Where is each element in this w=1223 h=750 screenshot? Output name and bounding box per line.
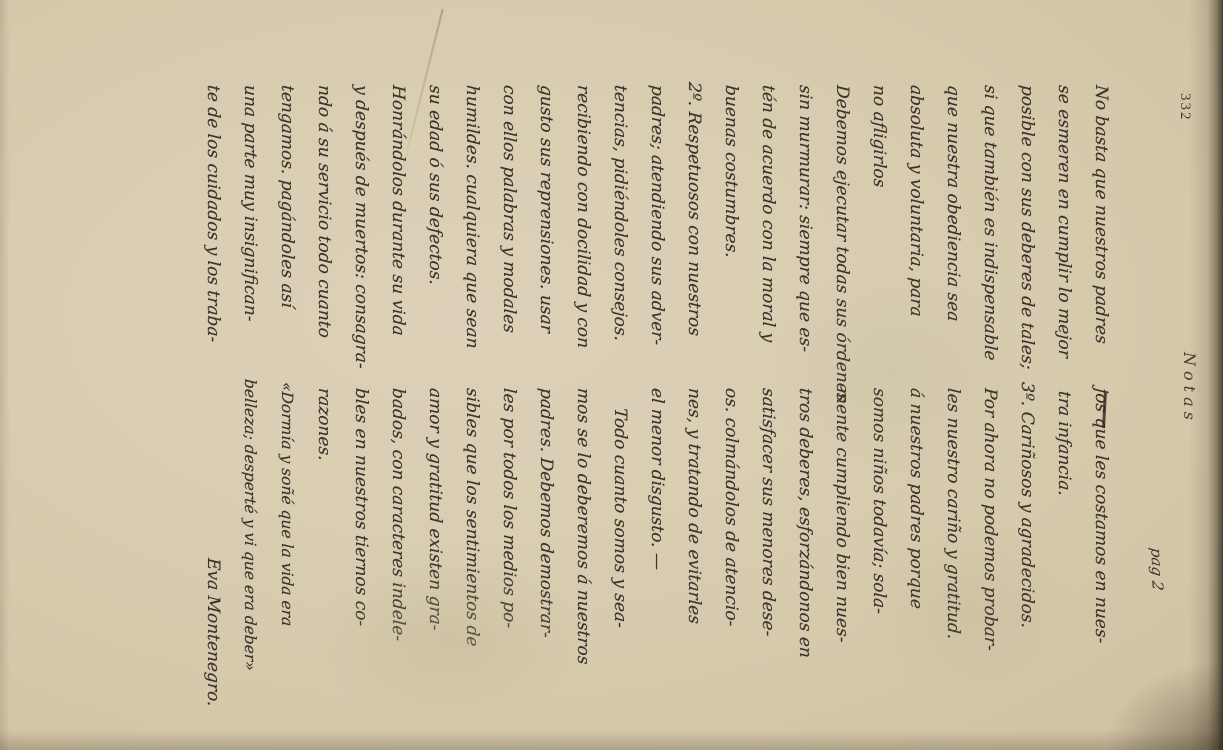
rotated-page-content: 332 Notas pag 2 No basta que nuestros pa… (0, 0, 1223, 750)
handwritten-line: mos se lo deberemos á nuestros (564, 387, 601, 749)
handwritten-line: amor y gratitud existen gra- (416, 387, 453, 749)
handwritten-line: tros deberes, esforzándonos en (786, 387, 823, 749)
handwritten-line: 2º. Respetuosos con nuestros (675, 81, 712, 382)
handwritten-line: tencias, pidiéndoles consejos. (601, 84, 638, 382)
handwritten-line: no afligirlos (860, 84, 897, 382)
handwritten-line: padres. Debemos demostrar- (527, 387, 564, 749)
handwritten-line: á nuestros padres porque (897, 387, 934, 749)
handwritten-line: humildes. cualquiera que sean (453, 84, 490, 382)
handwritten-line: tén de acuerdo con la moral y (749, 84, 786, 382)
handwritten-line: te de los cuidados y los traba- (194, 84, 231, 382)
handwritten-page-label: pag 2 (1147, 547, 1166, 592)
handwritten-line: bados, con caracteres indele- (379, 387, 416, 749)
left-text-column: No basta que nuestros padresse esmeren e… (194, 85, 1119, 381)
handwritten-line: recibiendo con docilidad y con (564, 84, 601, 382)
handwritten-line: belleza; desperté y vi que era deber» (231, 378, 268, 749)
handwritten-line: y después de muertos: consagra- (342, 84, 379, 382)
handwritten-line: les nuestro cariño y gratitud. (934, 387, 971, 749)
handwritten-line: jos que les costamos en nues- (1082, 387, 1119, 749)
handwritten-line: con ellos palabras y modales (490, 84, 527, 382)
handwritten-line: si que también es indispensable (971, 84, 1008, 382)
running-title: Notas (1180, 352, 1199, 425)
handwritten-line: gusto sus reprensiones. usar (527, 84, 564, 382)
handwritten-line: sibles que los sentimientos de (453, 387, 490, 749)
handwritten-line: razones. (305, 387, 342, 749)
handwritten-line: satisfacer sus menores dese- (749, 387, 786, 749)
handwritten-line: les por todos los medios po- (490, 387, 527, 749)
right-text-column: jos que les costamos en nues-tra infanci… (194, 388, 1119, 748)
handwritten-line: una parte muy insignifican- (231, 84, 268, 382)
handwritten-line: No basta que nuestros padres (1082, 84, 1119, 382)
handwritten-line: mente cumpliendo bien nues- (823, 387, 860, 749)
handwritten-line: tengamos. pagándoles así (268, 84, 305, 382)
handwritten-line: absoluta y voluntaria, para (897, 84, 934, 382)
handwritten-line: ndo á su servicio todo cuanto (305, 84, 342, 382)
handwritten-line: se esmeren en cumplir lo mejor (1045, 84, 1082, 382)
handwritten-line: Por ahora no podemos probar- (971, 387, 1008, 749)
handwritten-line: bles en nuestros tiernos co- (342, 387, 379, 749)
handwritten-line: padres; atendiendo sus adver- (638, 84, 675, 382)
handwritten-line: Debemos ejecutar todas sus órdenes (823, 84, 860, 382)
handwritten-line: sin murmurar: siempre que es- (786, 84, 823, 382)
handwritten-line: «Dormía y soñé que la vida era (268, 381, 305, 749)
handwritten-line: 3º. Cariñosos y agradecidos. (1008, 381, 1045, 749)
handwritten-line: os. colmándolos de atencio- (712, 387, 749, 749)
handwritten-line: buenas costumbres. (712, 84, 749, 382)
handwritten-line: tra infancia. (1045, 390, 1082, 749)
handwritten-line: posible con sus deberes de tales; (1008, 84, 1045, 382)
handwritten-line: Eva Montenegro. (194, 557, 231, 749)
handwritten-line: somos niños todavía; sola- (860, 387, 897, 749)
handwritten-line: su edad ó sus defectos. (416, 84, 453, 382)
handwritten-line: nes, y tratando de evitarles (675, 387, 712, 749)
handwritten-line: el menor disgusto. — (638, 387, 675, 749)
handwritten-line: Todo cuanto somos y sea- (601, 407, 638, 749)
handwritten-line: que nuestra obediencia sea (934, 84, 971, 382)
handwritten-line: Honrándolos durante su vida (379, 84, 416, 382)
scanned-notebook-page: 332 Notas pag 2 No basta que nuestros pa… (0, 0, 1223, 750)
printed-page-number: 332 (1176, 93, 1193, 122)
